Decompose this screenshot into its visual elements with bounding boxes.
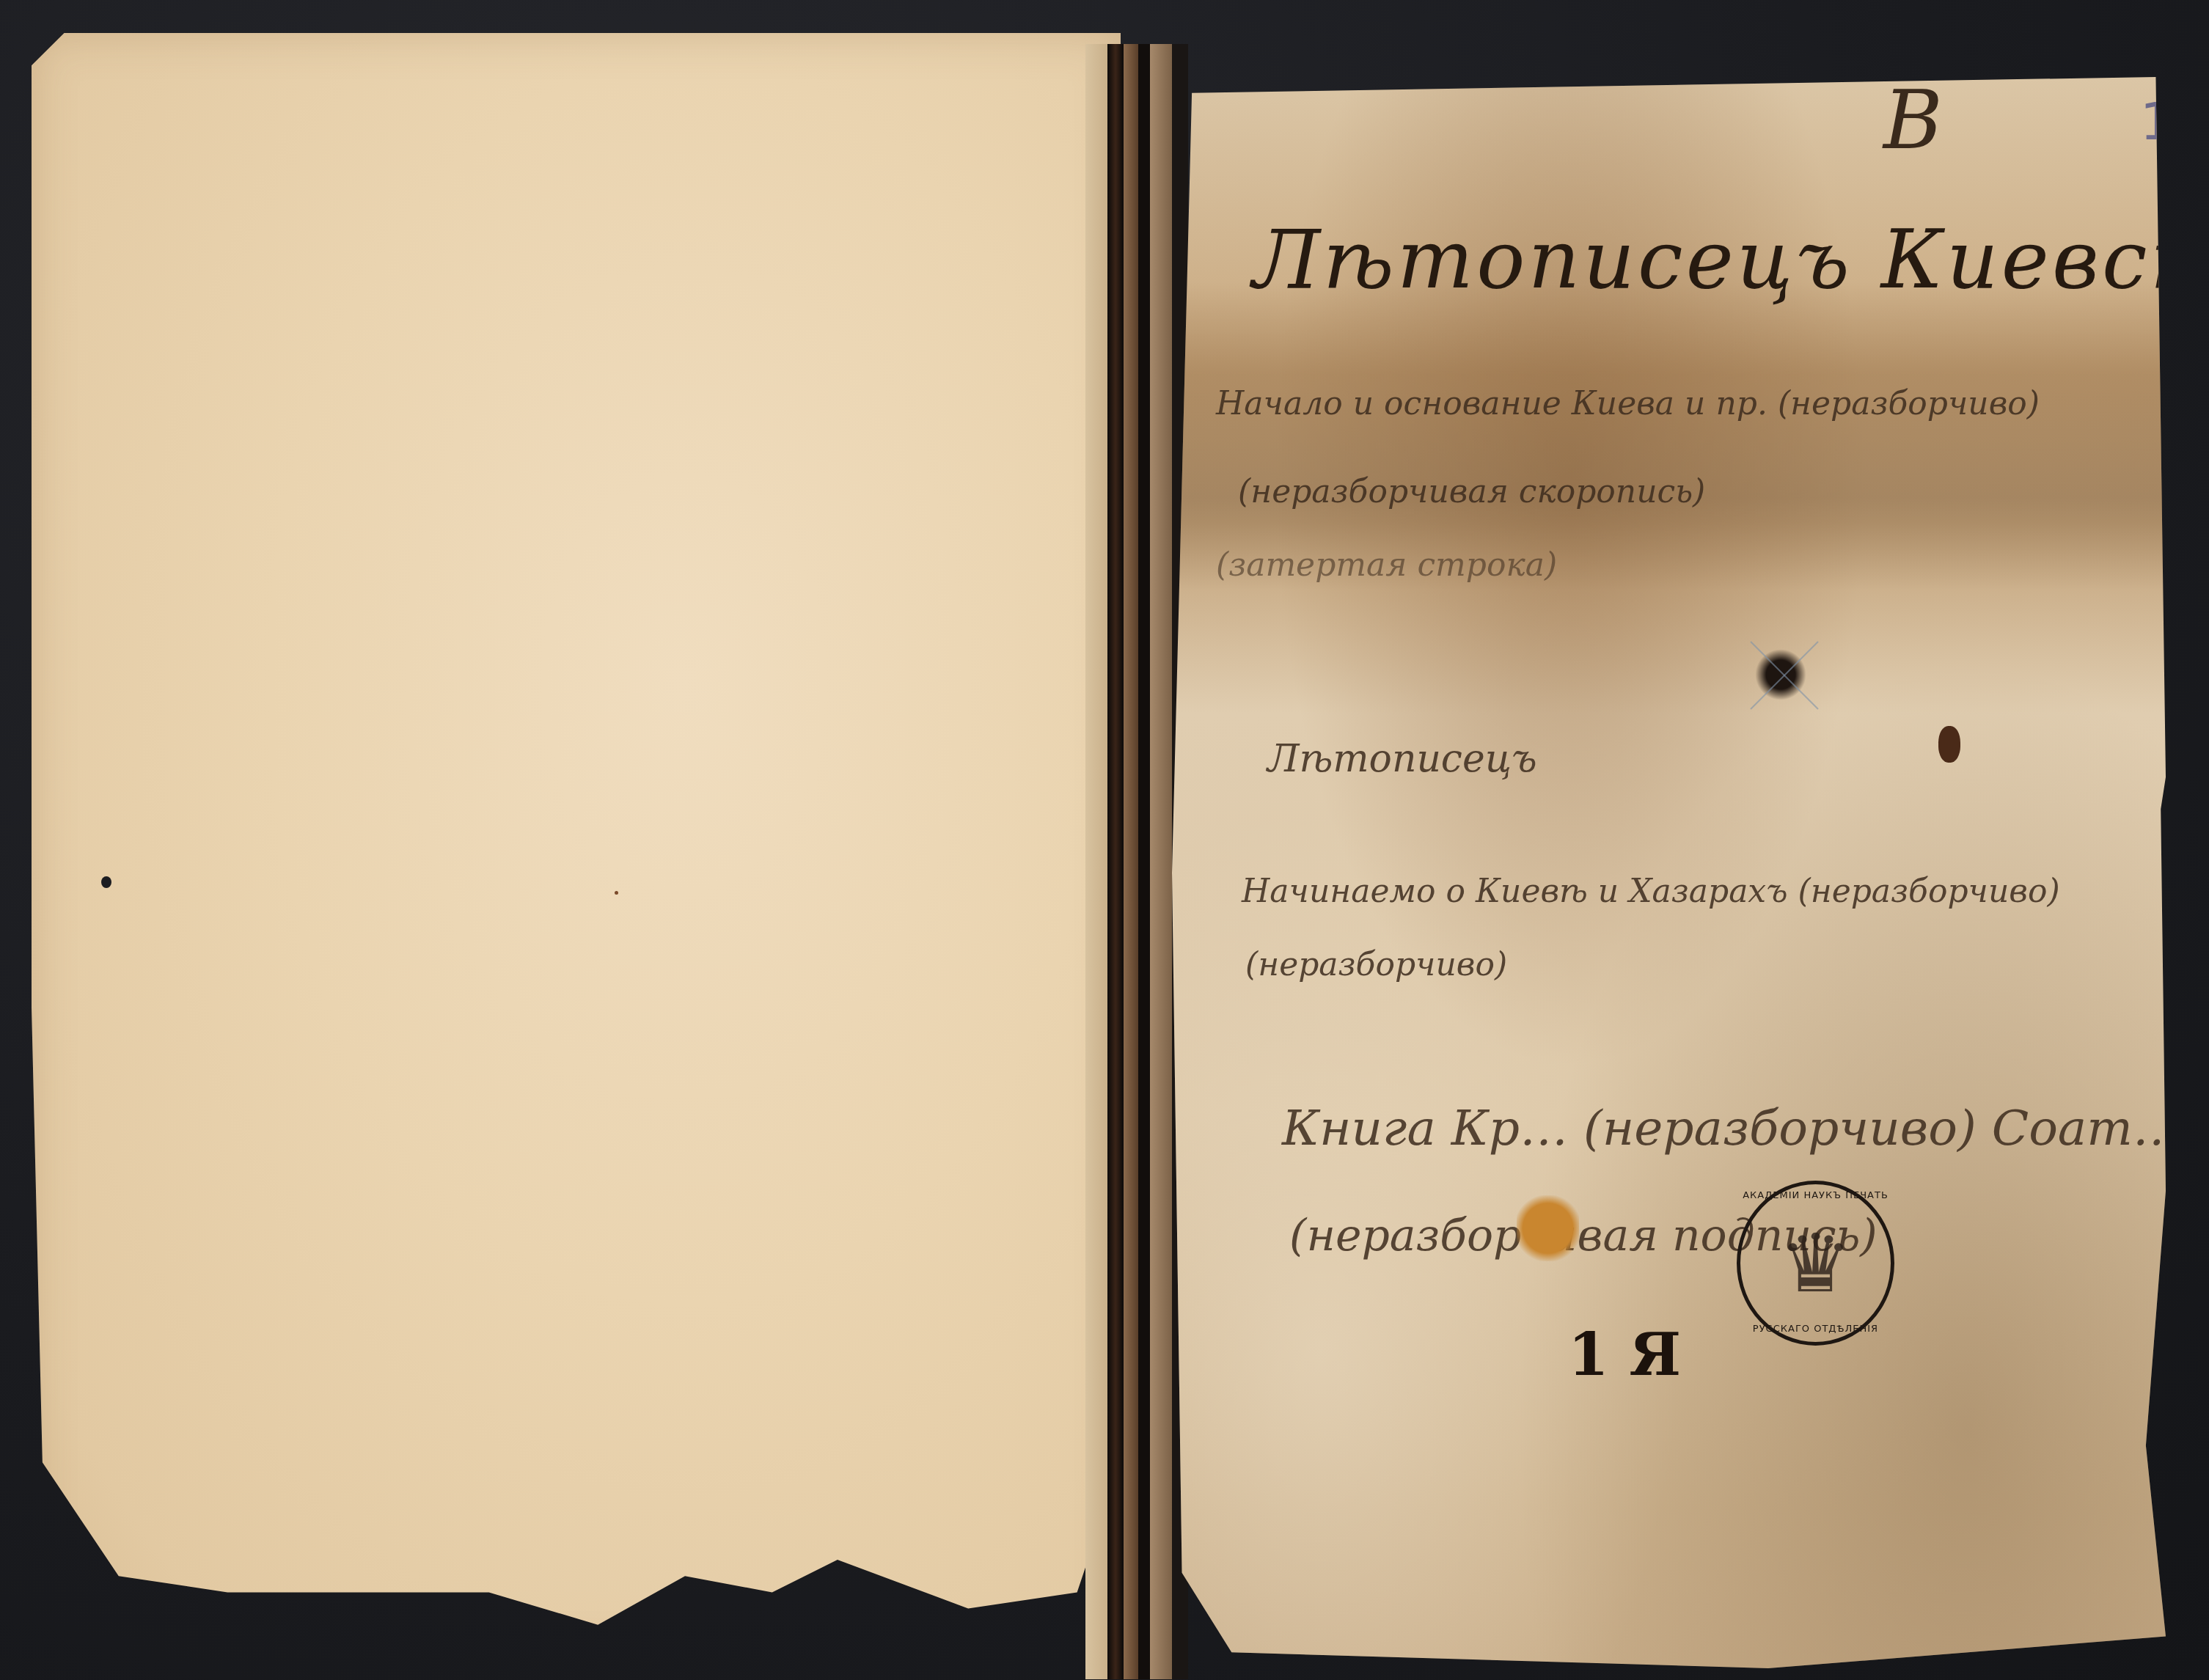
left-blank-page [32,33,1121,1657]
manuscript-title: Лѣтописецъ Киевской [1253,213,2209,307]
spine-layer [1138,44,1150,1679]
ink-stain [1938,726,1960,763]
academy-stamp: АКАДЕМІИ НАУКЪ ПЕЧАТЬ ♛ РУССКАГО ОТДѢЛЕН… [1737,1181,1894,1346]
inscription-line: (затертая строка) [1216,546,1557,584]
spine-layer [1124,44,1138,1679]
inscription-line: Начинаемо о Киевѣ и Хазарахъ (неразборчи… [1242,873,2060,910]
manuscript-title-page: В 1 Лѣтописецъ Киевской Начало и основан… [1172,77,2166,1668]
inscription-line: Лѣтописецъ [1267,737,1537,781]
spine-layer [1107,44,1124,1679]
ink-blot [1755,649,1806,700]
shelfmark: 1 Я [1568,1320,1681,1389]
water-stain [1172,282,2166,590]
inscription-line: (неразборчиво) [1245,946,1507,983]
double-headed-eagle-icon: ♛ [1779,1223,1852,1304]
paper-hole [101,876,111,888]
spine-layer [1085,44,1107,1679]
spine-layer [1150,44,1172,1679]
top-letter: В [1883,73,1943,167]
ownership-inscription: Книга Кр… (неразборчиво) Соат… [1282,1100,2181,1156]
inscription-line: Начало и основание Киева и пр. (неразбор… [1216,385,2040,422]
stamp-text-top: АКАДЕМІИ НАУКЪ ПЕЧАТЬ [1740,1190,1891,1201]
wax-stain [1517,1195,1579,1261]
stamp-text-bottom: РУССКАГО ОТДѢЛЕНІЯ [1740,1324,1891,1335]
ink-speck [615,891,618,895]
inscription-line: (неразборчивая скоропись) [1238,473,1705,510]
